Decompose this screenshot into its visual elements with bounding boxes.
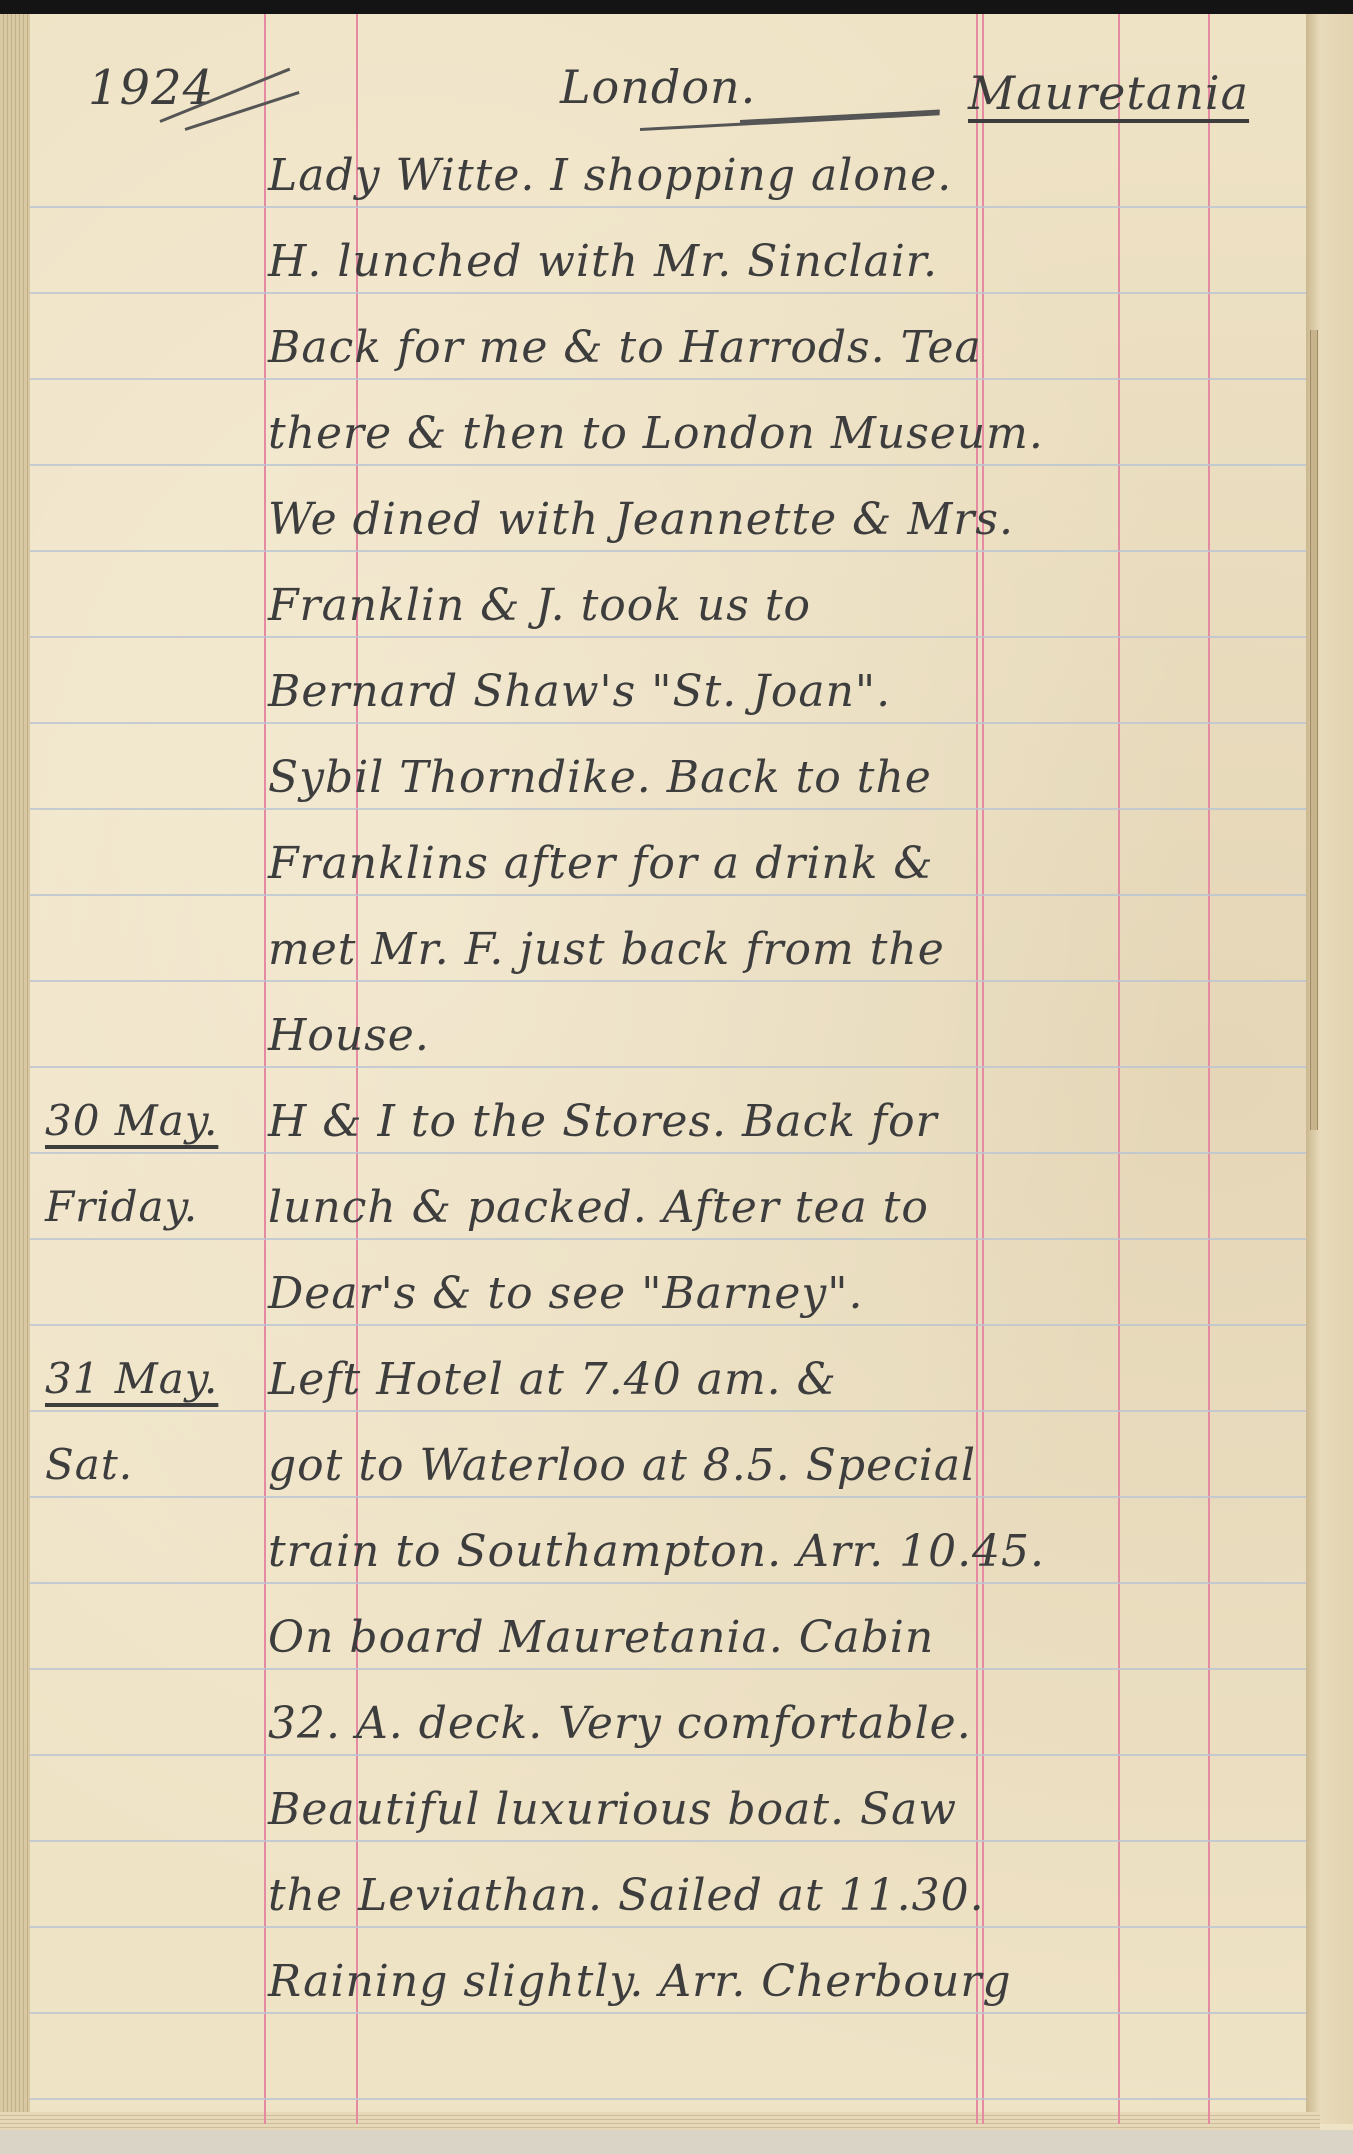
entry-line: On board Mauretania. Cabin xyxy=(268,1612,934,1663)
ruled-line xyxy=(30,1496,1306,1498)
entry-weekday: Friday. xyxy=(45,1182,198,1231)
ruled-line xyxy=(30,980,1306,982)
ruled-line xyxy=(30,894,1306,896)
entry-date: 30 May. xyxy=(45,1096,218,1145)
ruled-line xyxy=(30,378,1306,380)
ruled-line xyxy=(30,1754,1306,1756)
scan-top-border xyxy=(0,0,1353,14)
entry-line: We dined with Jeannette & Mrs. xyxy=(268,494,1014,545)
page-stack-edge xyxy=(0,14,30,2124)
entry-line: there & then to London Museum. xyxy=(268,408,1044,459)
entry-line: the Leviathan. Sailed at 11.30. xyxy=(268,1870,985,1921)
ruled-line xyxy=(30,1840,1306,1842)
entry-line: Beautiful luxurious boat. Saw xyxy=(268,1784,957,1835)
ruled-line xyxy=(30,1066,1306,1068)
entry-line: 32. A. deck. Very comfortable. xyxy=(268,1698,972,1749)
entry-line: train to Southampton. Arr. 10.45. xyxy=(268,1526,1045,1577)
entry-line: Back for me & to Harrods. Tea xyxy=(268,322,982,373)
ruled-line xyxy=(30,464,1306,466)
margin-rule-right-4 xyxy=(1208,14,1210,2124)
ruled-line xyxy=(30,808,1306,810)
scan-bottom-border xyxy=(0,2130,1353,2154)
entry-line: H & I to the Stores. Back for xyxy=(268,1096,938,1147)
ruled-line xyxy=(30,1926,1306,1928)
entry-line: got to Waterloo at 8.5. Special xyxy=(268,1440,976,1491)
margin-rule-right-3 xyxy=(1118,14,1120,2124)
ruled-line xyxy=(30,292,1306,294)
entry-weekday: Sat. xyxy=(45,1440,133,1489)
header-ship: Mauretania xyxy=(968,66,1249,120)
header-place: London. xyxy=(560,60,756,114)
entry-line: Franklin & J. took us to xyxy=(268,580,811,631)
entry-line: H. lunched with Mr. Sinclair. xyxy=(268,236,938,287)
entry-line: met Mr. F. just back from the xyxy=(268,924,945,975)
entry-line: Left Hotel at 7.40 am. & xyxy=(268,1354,837,1405)
entry-line: Dear's & to see "Barney". xyxy=(268,1268,864,1319)
entry-date: 31 May. xyxy=(45,1354,218,1403)
ruled-line xyxy=(30,1238,1306,1240)
ruled-line xyxy=(30,2098,1306,2100)
ruled-line xyxy=(30,636,1306,638)
ruled-line xyxy=(30,722,1306,724)
ruled-line xyxy=(30,1152,1306,1154)
margin-rule-left-1 xyxy=(264,14,266,2124)
ruled-line xyxy=(30,550,1306,552)
entry-line: lunch & packed. After tea to xyxy=(268,1182,929,1233)
ruled-line xyxy=(30,1582,1306,1584)
margin-rule-right-2 xyxy=(982,14,984,2124)
page-bottom-edge xyxy=(0,2112,1320,2130)
ruled-line xyxy=(30,1668,1306,1670)
entry-line: Lady Witte. I shopping alone. xyxy=(268,150,952,201)
entry-line: Sybil Thorndike. Back to the xyxy=(268,752,932,803)
entry-line: Bernard Shaw's "St. Joan". xyxy=(268,666,891,717)
ruled-line xyxy=(30,1410,1306,1412)
entry-line: House. xyxy=(268,1010,430,1061)
ruled-line xyxy=(30,1324,1306,1326)
ruled-line xyxy=(30,2012,1306,2014)
binding-thread xyxy=(1310,330,1318,1130)
entry-line: Franklins after for a drink & xyxy=(268,838,934,889)
ruled-line xyxy=(30,206,1306,208)
entry-line: Raining slightly. Arr. Cherbourg xyxy=(268,1956,1012,2007)
